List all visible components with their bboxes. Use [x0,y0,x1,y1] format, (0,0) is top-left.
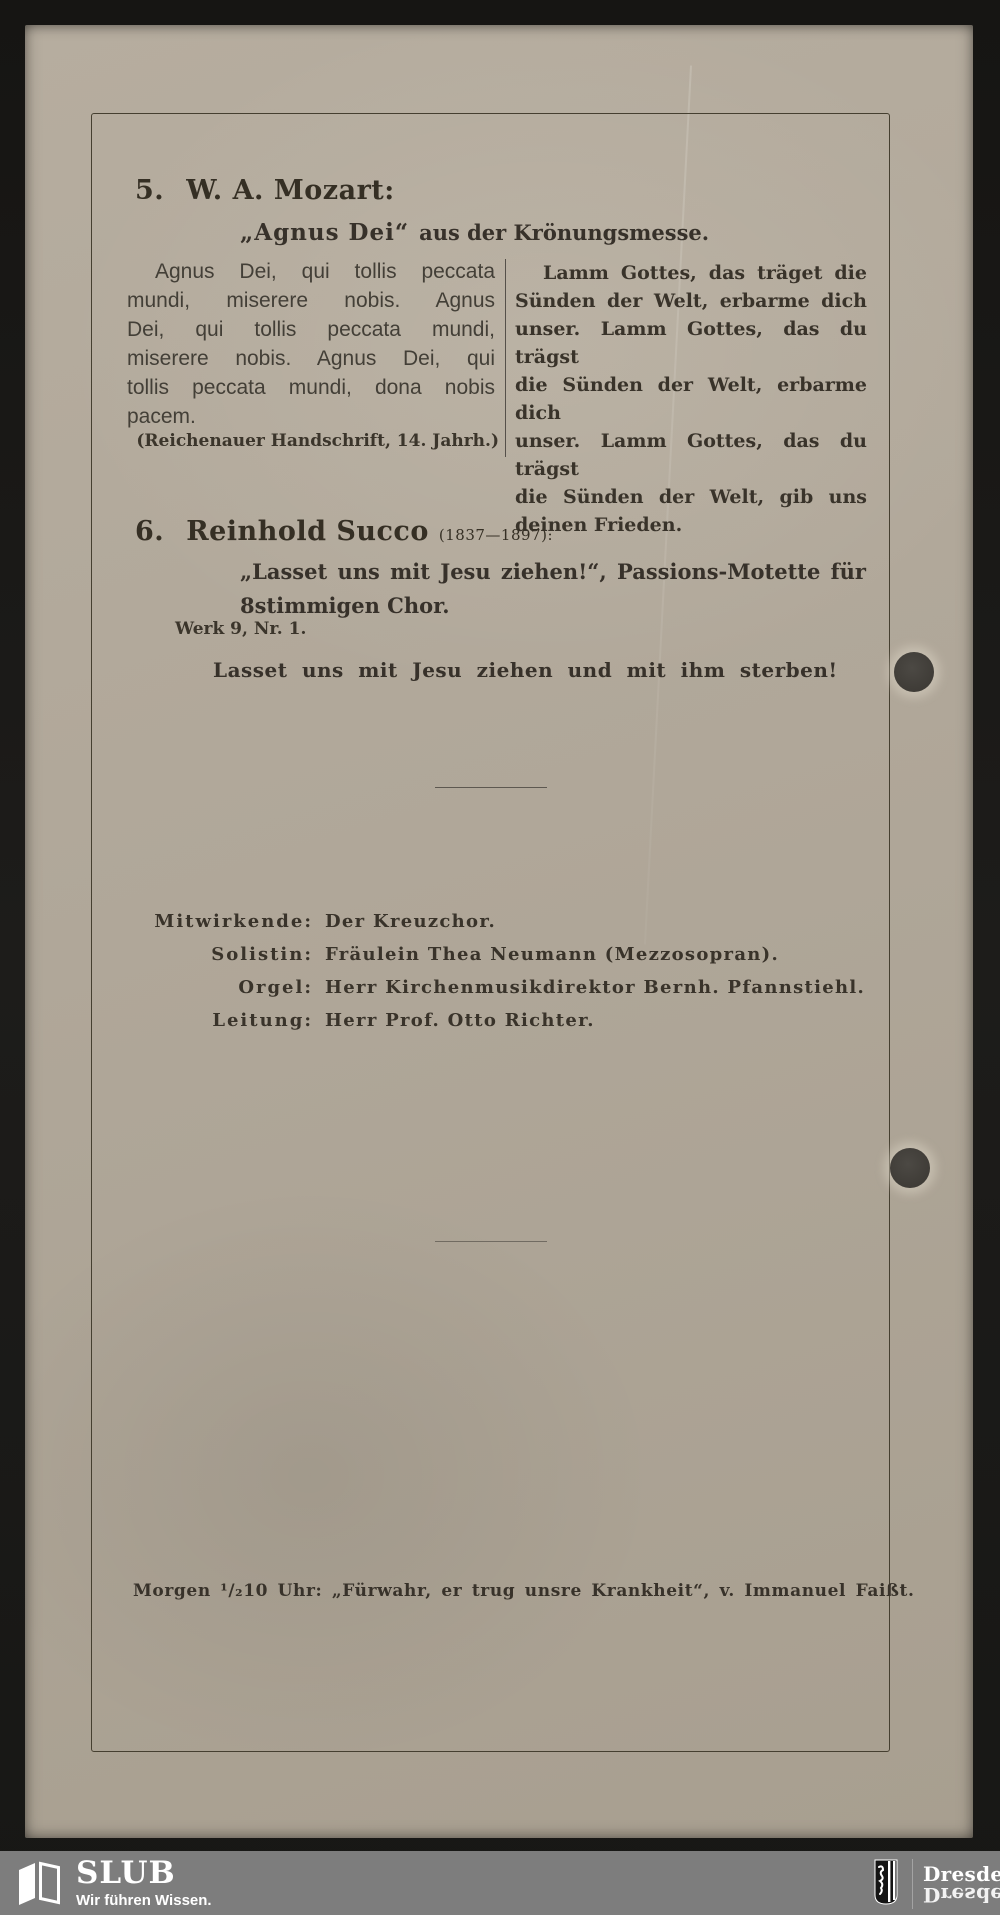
credit-label: Solistin: [127,938,313,971]
motette-title-quote: „Lasset uns mit Jesu ziehen!“, [240,559,607,584]
credit-value: Der Kreuzchor. [325,905,496,938]
motette-title-rest: Passions-Motette für [617,559,866,584]
item-6-number: 6. [135,516,164,547]
credit-value: Herr Kirchenmusikdirektor Bernh. Pfannst… [325,971,865,1004]
credit-value: Fräulein Thea Neumann (Mezzosopran). [325,938,779,971]
latin-source-note: (Reichenauer Handschrift, 14. Jahrh.) [127,431,499,451]
latin-line: mundi, miserere nobis. Agnus [127,286,495,315]
slub-tagline: Wir führen Wissen. [76,1892,212,1909]
german-line: unser. Lamm Gottes, das du trägst [515,427,867,483]
german-line: deinen Frieden. [515,511,867,539]
latin-line: Dei, qui tollis peccata mundi, [127,315,495,344]
german-line: Sünden der Welt, erbarme dich [515,287,867,315]
item-5-number: 5. [135,175,164,206]
motette-title: „Lasset uns mit Jesu ziehen!“, Passions-… [240,555,866,623]
work-title-row: „Agnus Dei“aus der Krönungsmesse. [240,219,709,246]
german-line: Lamm Gottes, das träget die [515,259,867,287]
composer-name-mozart: W. A. Mozart: [186,175,395,206]
program-item-6-heading: 6.Reinhold Succo(1837—1897): [135,516,553,547]
dresden-logo: Dresden. Dresden. [874,1859,1000,1909]
document-paper: 5.W. A. Mozart: „Agnus Dei“aus der Krönu… [25,25,973,1838]
credit-label: Mitwirkende: [127,905,313,938]
slub-wordmark: SLUB [76,1855,212,1891]
credit-row: Mitwirkende: Der Kreuzchor. [127,905,865,938]
work-subtitle: aus der Krönungsmesse. [419,220,709,245]
credit-label: Leitung: [127,1004,313,1037]
latin-line: pacem. [127,402,495,431]
announcement-line: Morgen ¹/₂10 Uhr: „Fürwahr, er trug unsr… [133,1581,878,1601]
slub-text-block: SLUB Wir führen Wissen. [76,1855,212,1911]
dresden-text-block: Dresden. Dresden. [923,1864,1000,1905]
credit-row: Orgel: Herr Kirchenmusikdirektor Bernh. … [127,971,865,1004]
work-number: Werk 9, Nr. 1. [175,619,306,639]
footer-bar: SLUB Wir führen Wissen. Dresden. Dresden… [0,1851,1000,1915]
dresden-wordmark: Dresden. [923,1864,1000,1884]
german-line: die Sünden der Welt, erbarme dich [515,371,867,427]
composer-dates: (1837—1897): [439,526,553,544]
section-divider-2 [435,1241,547,1242]
latin-text-column: Agnus Dei, qui tollis peccata mundi, mis… [127,257,495,431]
program-item-5-heading: 5.W. A. Mozart: [135,175,395,206]
credit-value: Herr Prof. Otto Richter. [325,1004,595,1037]
dresden-wordmark-reflection: Dresden. [923,1885,1000,1905]
latin-line: miserere nobis. Agnus Dei, qui [127,344,495,373]
german-text-column: Lamm Gottes, das träget die Sünden der W… [515,259,867,539]
punch-hole-bottom [890,1148,930,1188]
latin-line: Agnus Dei, qui tollis peccata [127,257,495,286]
motto-line: Lasset uns mit Jesu ziehen und mit ihm s… [213,658,838,682]
scan-background: 5.W. A. Mozart: „Agnus Dei“aus der Krönu… [0,0,1000,1915]
composer-name-succo: Reinhold Succo [186,516,429,547]
section-divider-1 [435,787,547,788]
credit-label: Orgel: [127,971,313,1004]
footer-divider [912,1859,913,1909]
german-line: die Sünden der Welt, gib uns [515,483,867,511]
motette-title-line2: 8stimmigen Chor. [240,589,866,623]
latin-line: tollis peccata mundi, dona nobis [127,373,495,402]
credit-row: Leitung: Herr Prof. Otto Richter. [127,1004,865,1037]
dresden-coat-of-arms-icon [874,1859,898,1909]
motette-title-line1: „Lasset uns mit Jesu ziehen!“, Passions-… [240,555,866,589]
open-book-icon [16,1859,62,1911]
column-divider-rule [505,259,506,457]
credits-list: Mitwirkende: Der Kreuzchor. Solistin: Fr… [127,905,865,1037]
work-title-agnus-dei: „Agnus Dei“ [240,219,409,246]
slub-logo: SLUB Wir führen Wissen. [16,1855,212,1911]
credit-row: Solistin: Fräulein Thea Neumann (Mezzoso… [127,938,865,971]
punch-hole-top [894,652,934,692]
german-line: unser. Lamm Gottes, das du trägst [515,315,867,371]
